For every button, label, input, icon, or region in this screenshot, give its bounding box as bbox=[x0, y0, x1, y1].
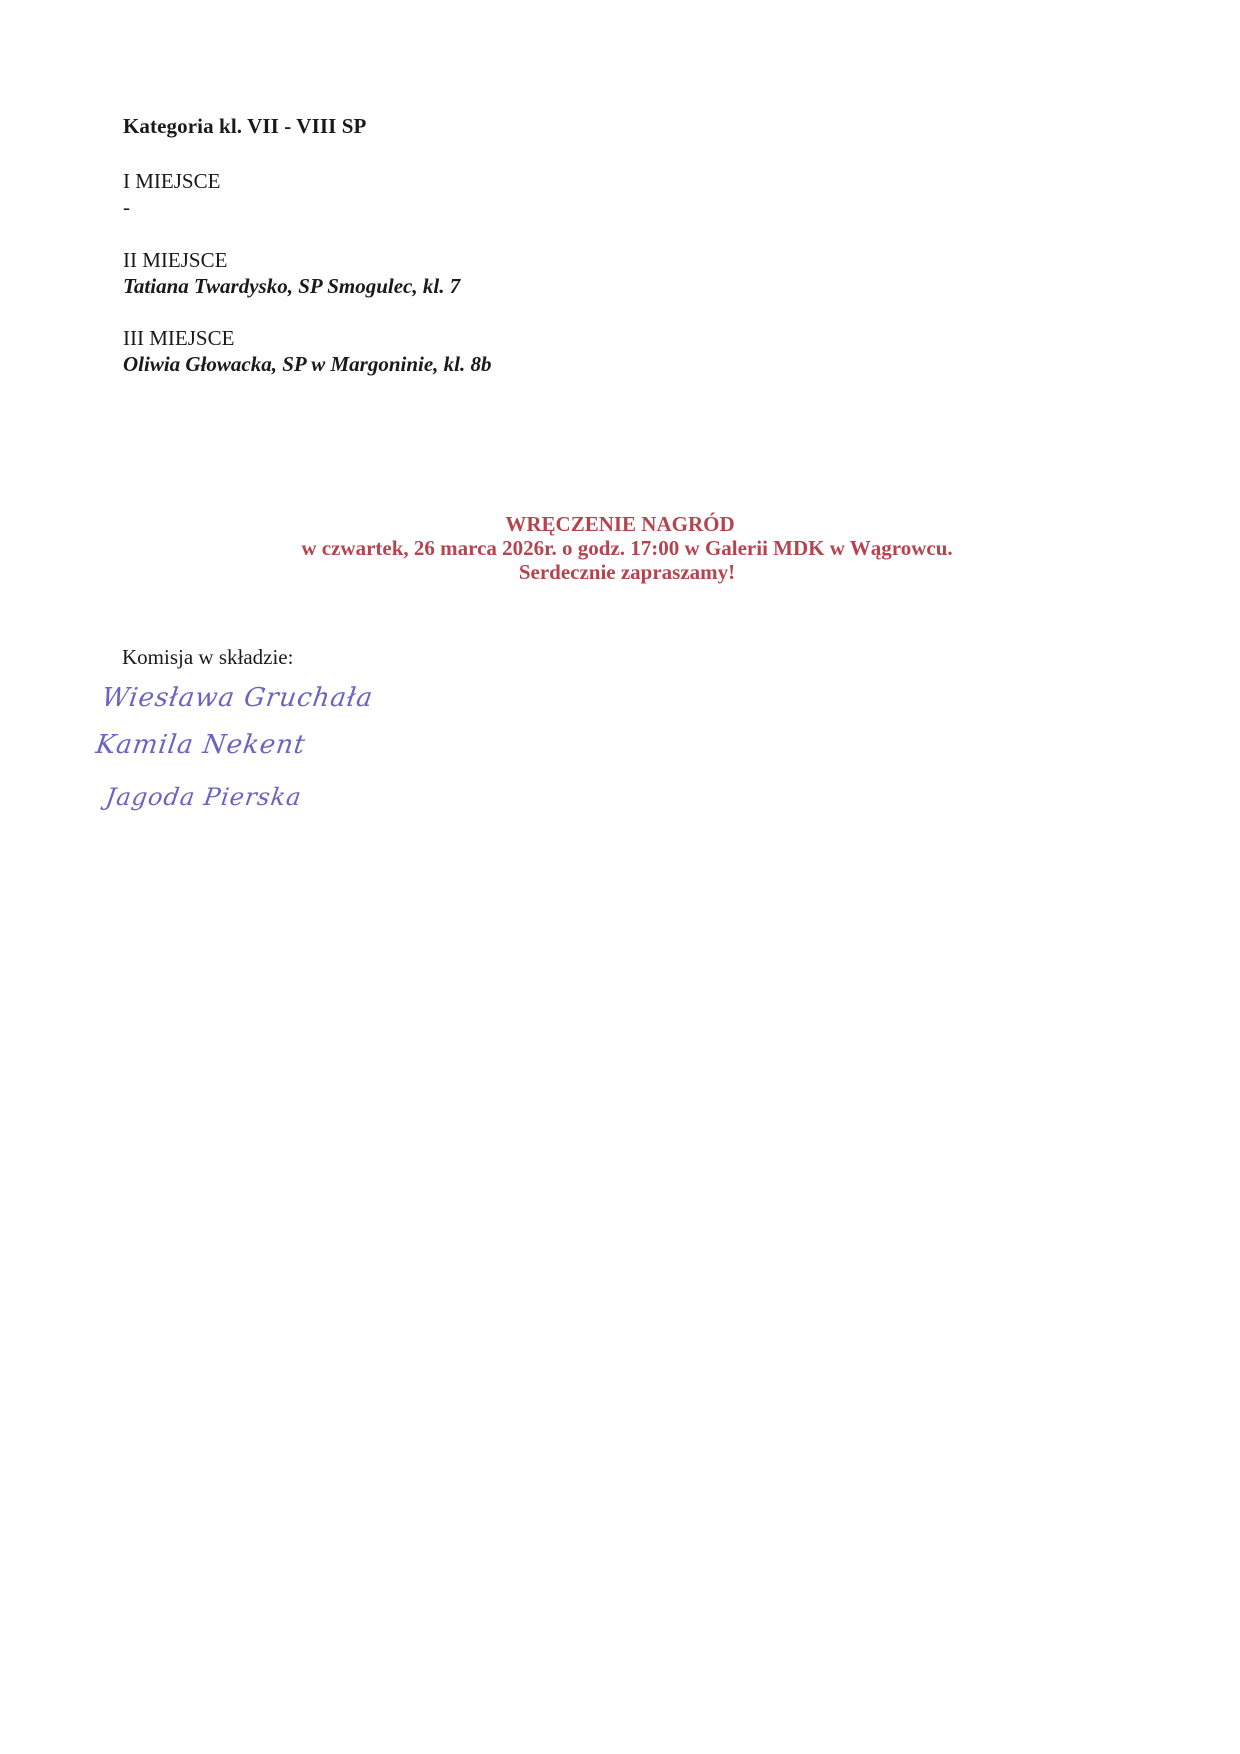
place-third: III MIEJSCE Oliwia Głowacka, SP w Margon… bbox=[123, 325, 492, 377]
award-ceremony-announcement: WRĘCZENIE NAGRÓD w czwartek, 26 marca 20… bbox=[0, 512, 1240, 584]
award-details: w czwartek, 26 marca 2026r. o godz. 17:0… bbox=[0, 536, 1240, 560]
place-winner: Oliwia Głowacka, SP w Margoninie, kl. 8b bbox=[123, 351, 492, 377]
document-page: Kategoria kl. VII - VIII SP I MIEJSCE - … bbox=[0, 0, 1240, 1754]
award-invitation: Serdecznie zapraszamy! bbox=[0, 560, 1240, 584]
place-winner: - bbox=[123, 194, 220, 220]
place-first: I MIEJSCE - bbox=[123, 168, 220, 220]
signature: Jagoda Pierska bbox=[104, 783, 304, 811]
place-label: III MIEJSCE bbox=[123, 325, 492, 351]
award-heading: WRĘCZENIE NAGRÓD bbox=[0, 512, 1240, 536]
place-label: II MIEJSCE bbox=[123, 247, 460, 273]
category-title: Kategoria kl. VII - VIII SP bbox=[123, 114, 366, 139]
signature: Wiesława Gruchała bbox=[100, 683, 375, 713]
place-label: I MIEJSCE bbox=[123, 168, 220, 194]
signature: Kamila Nekent bbox=[94, 730, 308, 760]
place-winner: Tatiana Twardysko, SP Smogulec, kl. 7 bbox=[123, 273, 460, 299]
committee-label: Komisja w składzie: bbox=[122, 645, 293, 670]
committee-signatures: Wiesława Gruchała Kamila Nekent Jagoda P… bbox=[96, 675, 396, 845]
place-second: II MIEJSCE Tatiana Twardysko, SP Smogule… bbox=[123, 247, 460, 299]
